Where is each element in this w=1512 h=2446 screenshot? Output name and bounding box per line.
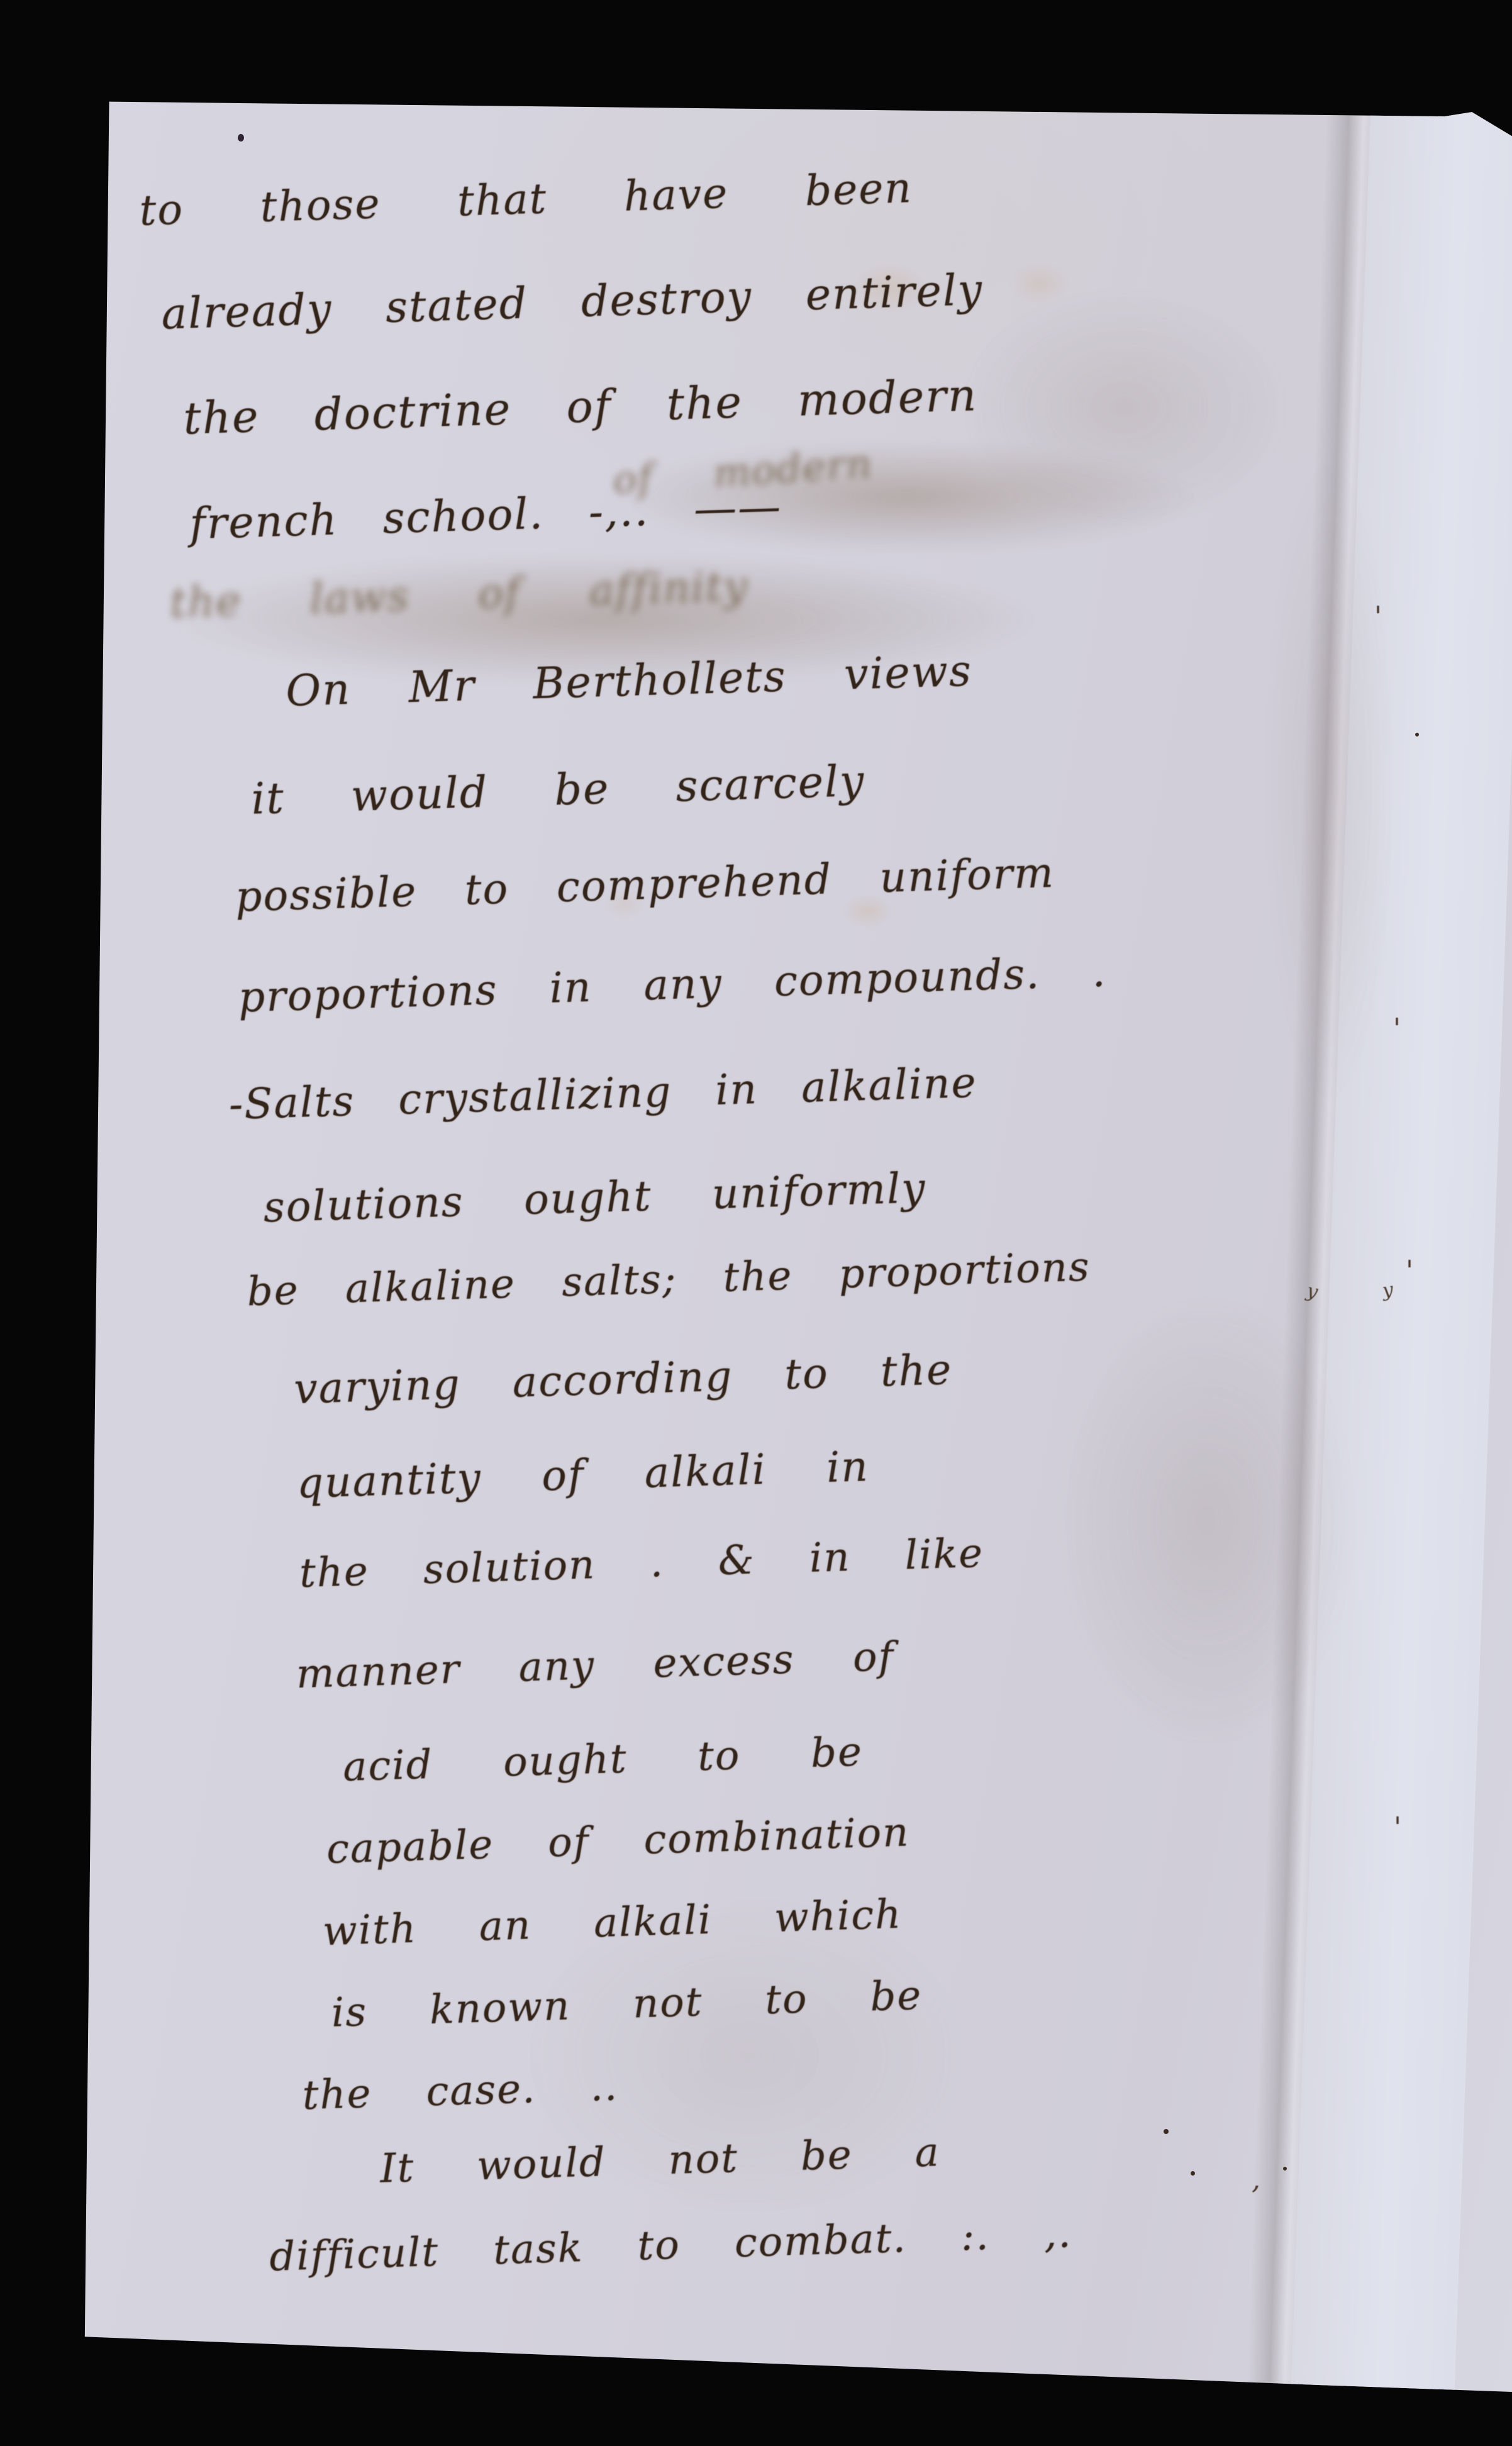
ink-speck bbox=[1164, 2129, 1169, 2134]
handwritten-line: On Mr Berthollets views bbox=[285, 647, 973, 716]
handwritten-line: it would be scarcely bbox=[250, 757, 865, 825]
ink-speck bbox=[1415, 733, 1419, 737]
handwritten-line: capable of combination bbox=[326, 1809, 910, 1872]
handwritten-line: proportions in any compounds. . bbox=[238, 948, 1108, 1022]
ink-speck: , bbox=[1252, 2164, 1260, 2196]
ink-speck: ' bbox=[1406, 1255, 1413, 1287]
handwritten-line: -Salts crystallizing in alkaline bbox=[228, 1059, 978, 1129]
handwritten-line: acid ought to be bbox=[342, 1729, 864, 1791]
handwritten-line: the case. .. bbox=[302, 2063, 619, 2119]
handwritten-line: is known not to be bbox=[331, 1972, 923, 2037]
handwritten-line: possible to comprehend uniform bbox=[235, 848, 1055, 921]
ink-speck: ' bbox=[1394, 1811, 1401, 1843]
handwritten-line: the doctrine of the modern bbox=[182, 369, 978, 444]
handwritten-line: solutions ought uniformly bbox=[263, 1164, 927, 1231]
ink-speck bbox=[1283, 2167, 1287, 2171]
ink-speck bbox=[238, 134, 244, 142]
handwritten-line: difficult task to combat. :. ,. bbox=[269, 2210, 1072, 2281]
smudged-line: the laws of affinity bbox=[169, 562, 749, 627]
handwritten-line: to those that have been bbox=[139, 164, 913, 235]
ink-speck: ' bbox=[1374, 601, 1382, 633]
handwritten-line: already stated destroy entirely bbox=[160, 265, 984, 340]
handwritten-line: varying according to the bbox=[293, 1345, 953, 1413]
handwritten-line: be alkaline salts; the proportions bbox=[247, 1243, 1091, 1315]
ink-speck bbox=[1191, 2171, 1195, 2176]
smudged-line: of modern bbox=[612, 440, 874, 503]
handwritten-line: with an alkali which bbox=[322, 1891, 903, 1955]
ink-speck: ' bbox=[1393, 1013, 1401, 1045]
handwritten-line: the solution . & in like bbox=[299, 1530, 984, 1597]
handwriting-layer: to those that have been already stated d… bbox=[47, 64, 1512, 2404]
manuscript-page: to those that have been already stated d… bbox=[81, 99, 1512, 2399]
handwritten-line: It would not be a bbox=[379, 2129, 940, 2192]
handwritten-line: manner any excess of bbox=[296, 1633, 895, 1698]
photo-background: to those that have been already stated d… bbox=[0, 0, 1512, 2446]
handwritten-line: quantity of alkali in bbox=[296, 1442, 870, 1508]
